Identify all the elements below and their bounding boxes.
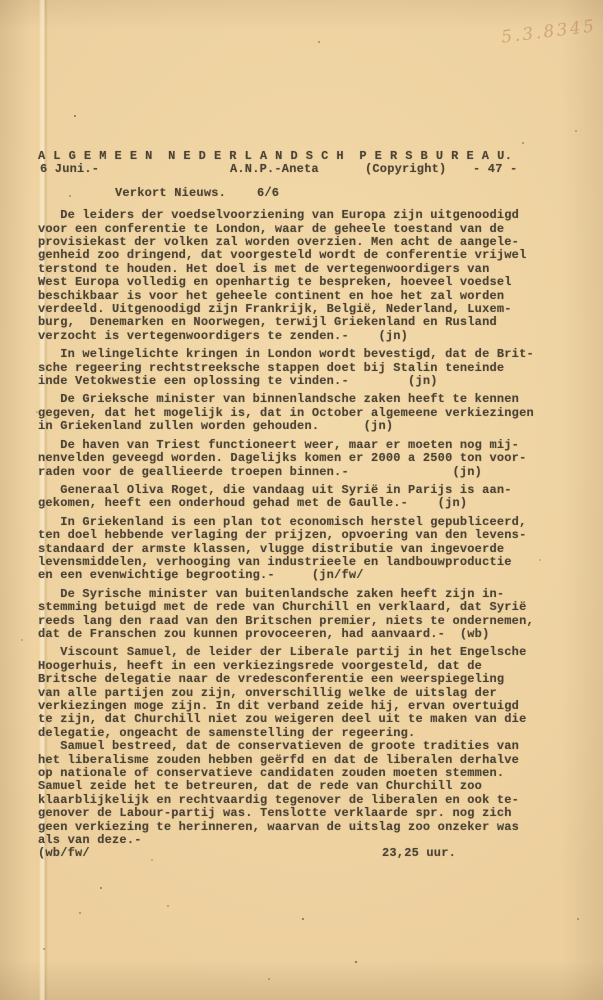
text-line: inde Vetokwestie een oplossing te vinden… xyxy=(38,375,590,388)
section-heading: Verkort Nieuws. 6/6 xyxy=(38,187,590,200)
text-line: burg, Denemarken en Noorwegen, terwijl G… xyxy=(38,316,590,329)
news-paragraph-viscount-samuel: Viscount Samuel, de leider der Liberale … xyxy=(38,646,590,740)
signoff-row: (wb/fw/ 23,25 uur. xyxy=(38,847,590,860)
text-line: als van deze.- xyxy=(38,834,590,847)
text-line: ten doel hebbende verlaging der prijzen,… xyxy=(38,529,590,542)
text-line: standaard der armste klassen, vlugge dis… xyxy=(38,543,590,556)
text-line: Samuel bestreed, dat de conservatieven d… xyxy=(38,740,590,753)
text-line: Britsche delegatie naar de vredesconfere… xyxy=(38,673,590,686)
news-paragraph-greek-elections: De Grieksche minister van binnenlandsche… xyxy=(38,393,590,433)
text-line: stemming betuigd met de rede van Churchi… xyxy=(38,601,590,614)
text-line: verzocht is vertegenwoordigers te zenden… xyxy=(38,330,590,343)
page-number: - 47 - xyxy=(473,163,517,176)
text-line: nenvelden geveegd worden. Dagelijks kome… xyxy=(38,452,590,465)
text-line: in Griekenland zullen worden gehouden. (… xyxy=(38,420,590,433)
text-line: De leiders der voedselvoorziening van Eu… xyxy=(38,209,590,222)
document-page: 5.3.8345 A L G E M E E N N E D E R L A N… xyxy=(0,0,603,1000)
news-paragraph-samuel-liberals: Samuel bestreed, dat de conservatieven d… xyxy=(38,740,590,847)
text-line: West Europa volledig en openhartig te be… xyxy=(38,276,590,289)
handwritten-archive-number: 5.3.8345 xyxy=(500,16,597,48)
news-paragraph-veto-question: In welingelichte kringen in London wordt… xyxy=(38,348,590,388)
header-row: 6 Juni.- A.N.P.-Aneta (Copyright) - 47 - xyxy=(38,163,590,176)
text-line: genover de Labour-partij was. Tenslotte … xyxy=(38,807,590,820)
text-line: gekomen, heeft een onderhoud gehad met d… xyxy=(38,497,590,510)
news-paragraph-oliva-roget: Generaal Oliva Roget, die vandaag uit Sy… xyxy=(38,484,590,511)
copyright-notice: (Copyright) xyxy=(365,163,446,176)
editor-signoff: (wb/fw/ xyxy=(38,847,90,860)
text-line: De Grieksche minister van binnenlandsche… xyxy=(38,393,590,406)
text-line: van alle partijen zou zijn, onverschilli… xyxy=(38,687,590,700)
news-paragraph-triest-harbour: De haven van Triest functioneert weer, m… xyxy=(38,439,590,479)
text-line: Viscount Samuel, de leider der Liberale … xyxy=(38,646,590,659)
text-line: reeds lang den raad van den Britschen pr… xyxy=(38,615,590,628)
news-paragraph-food-conference: De leiders der voedselvoorziening van Eu… xyxy=(38,209,590,343)
text-line: en een evenwichtige begrooting.- (jn/fw/ xyxy=(38,569,590,582)
text-line: genheid zoo dringend, dat voorgesteld wo… xyxy=(38,249,590,262)
timestamp: 23,25 uur. xyxy=(382,847,456,860)
news-paragraph-greek-economy: In Griekenland is een plan tot economisc… xyxy=(38,516,590,583)
news-paragraph-syrian-minister: De Syrische minister van buitenlandsche … xyxy=(38,588,590,642)
text-line: raden voor de geallieerde troepen binnen… xyxy=(38,466,590,479)
section-number: 6/6 xyxy=(257,187,279,200)
text-line: voor een conferentie te London, waar de … xyxy=(38,223,590,236)
text-line: In welingelichte kringen in London wordt… xyxy=(38,348,590,361)
section-title: Verkort Nieuws. xyxy=(115,187,226,200)
text-line: te zijn, dat Churchill niet zou weigeren… xyxy=(38,713,590,726)
typewritten-content: A L G E M E E N N E D E R L A N D S C H … xyxy=(38,150,590,861)
text-line: dat de Franschen zou kunnen provoceeren,… xyxy=(38,628,590,641)
agency-credit: A.N.P.-Aneta xyxy=(230,163,319,176)
text-line: Samuel zeide het te betreuren, dat de re… xyxy=(38,780,590,793)
dateline: 6 Juni.- xyxy=(40,163,99,176)
